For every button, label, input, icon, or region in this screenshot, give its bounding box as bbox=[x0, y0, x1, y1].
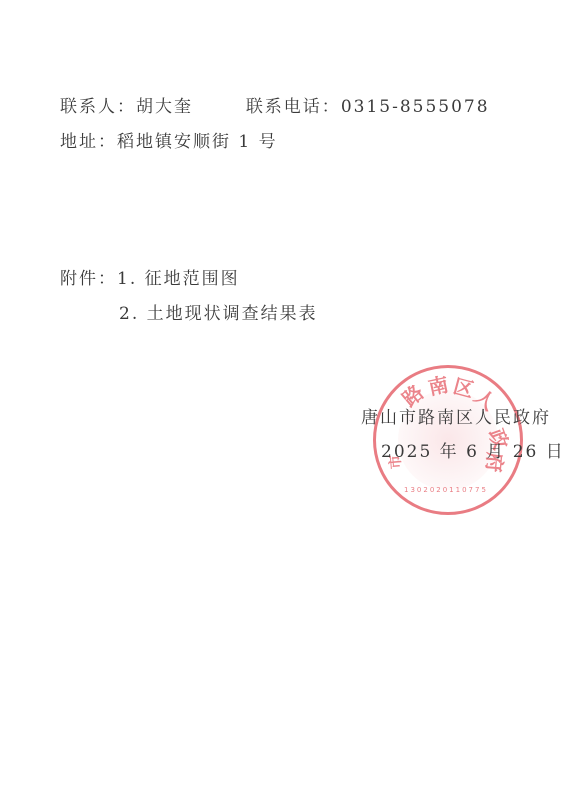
contact-person-label: 联系人： bbox=[60, 97, 136, 117]
attachment-line-2: 2. 土地现状调查结果表 bbox=[119, 299, 318, 324]
attachment-item: 1. 征地范围图 bbox=[117, 269, 240, 289]
address-line: 地址：稻地镇安顺街 1 号 bbox=[60, 127, 278, 152]
signature-org: 唐山市路南区人民政府 bbox=[361, 403, 551, 428]
address-label: 地址： bbox=[60, 132, 117, 152]
attachment-line-1: 附件：1. 征地范围图 bbox=[60, 264, 240, 289]
attachments-label: 附件： bbox=[60, 269, 117, 289]
contact-phone-label: 联系电话： bbox=[246, 97, 341, 117]
seal-number: 1302020110775 bbox=[404, 486, 488, 494]
address-value: 稻地镇安顺街 1 号 bbox=[117, 132, 278, 152]
contact-person-name: 胡大奎 bbox=[136, 97, 193, 117]
attachment-item: 2. 土地现状调查结果表 bbox=[119, 304, 318, 324]
contact-phone: 0315-8555078 bbox=[341, 97, 490, 117]
contact-line: 联系人：胡大奎 联系电话：0315-8555078 bbox=[60, 92, 490, 117]
signature-date: 2025 年 6 月 26 日 bbox=[381, 437, 565, 462]
